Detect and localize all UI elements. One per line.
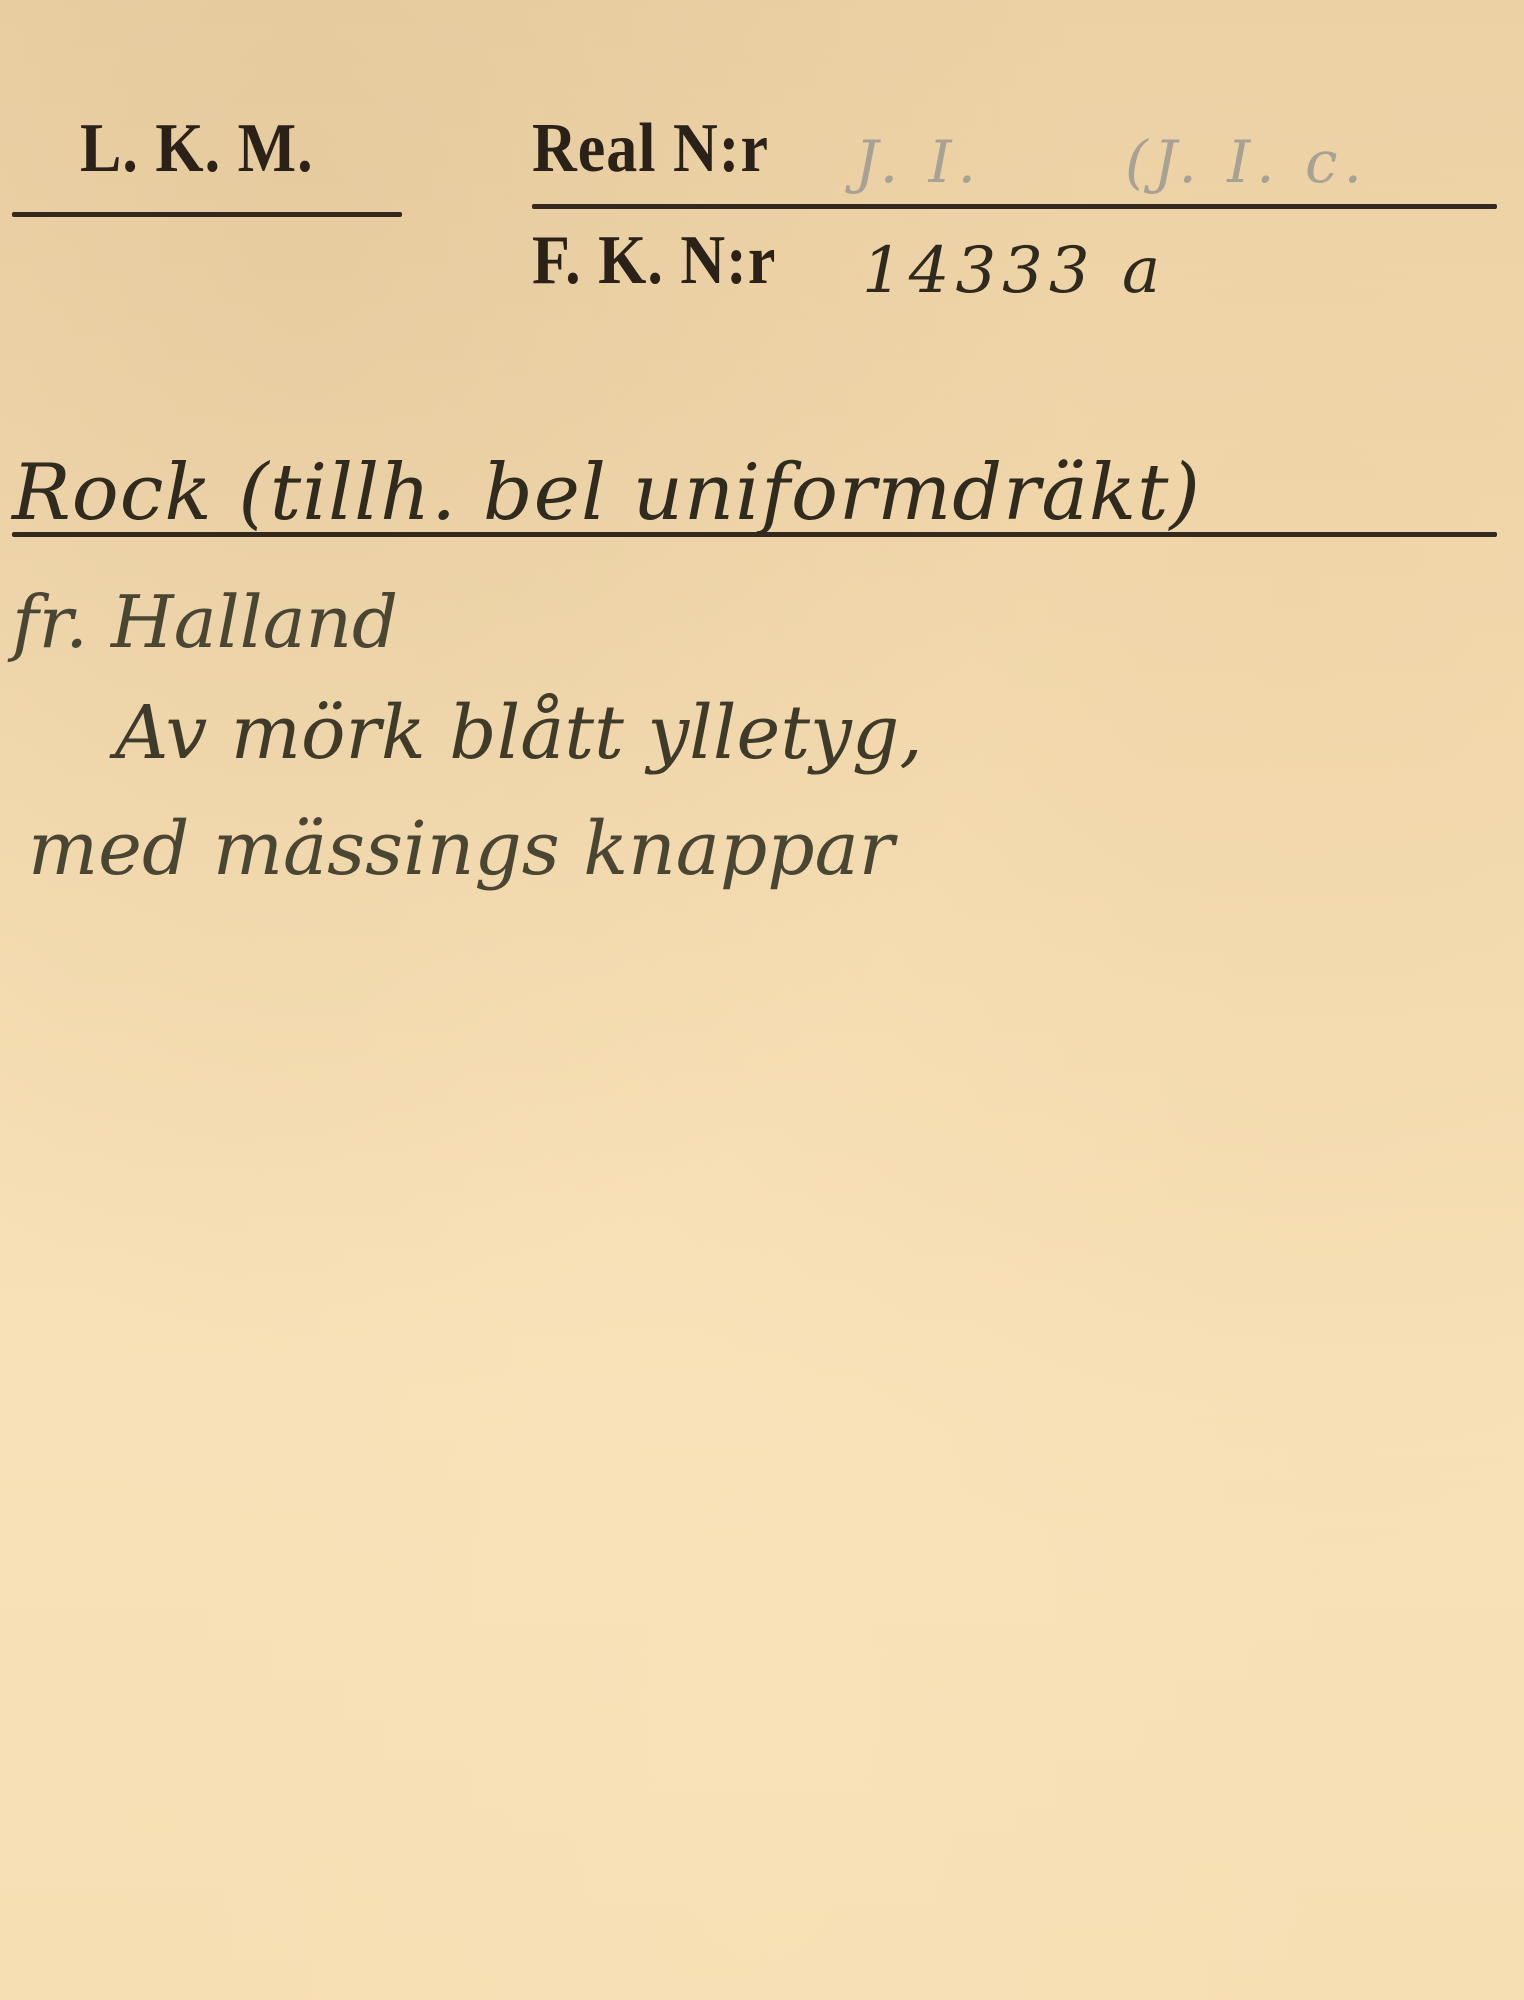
entry-title: Rock (tillh. bel uniformdräkt) [12, 448, 1201, 538]
title-rule [12, 532, 1497, 537]
description-line-2: med mässings knappar [28, 806, 894, 892]
museum-label-rule [12, 212, 402, 217]
real-nr-value: J. I. [855, 128, 982, 196]
entry-origin: fr. Halland [12, 580, 398, 664]
real-nr-label: Real N:r [532, 109, 769, 189]
description-line-1: Av mörk blått ylletyg, [115, 690, 923, 776]
museum-label: L. K. M. [80, 109, 314, 189]
fk-nr-value: 14333 a [862, 234, 1166, 308]
catalog-card: L. K. M. Real N:r J. I. (J. I. c. F. K. … [0, 0, 1524, 2000]
real-nr-note: (J. I. c. [1125, 128, 1368, 196]
real-nr-rule [532, 204, 1497, 209]
fk-nr-label: F. K. N:r [532, 221, 776, 301]
